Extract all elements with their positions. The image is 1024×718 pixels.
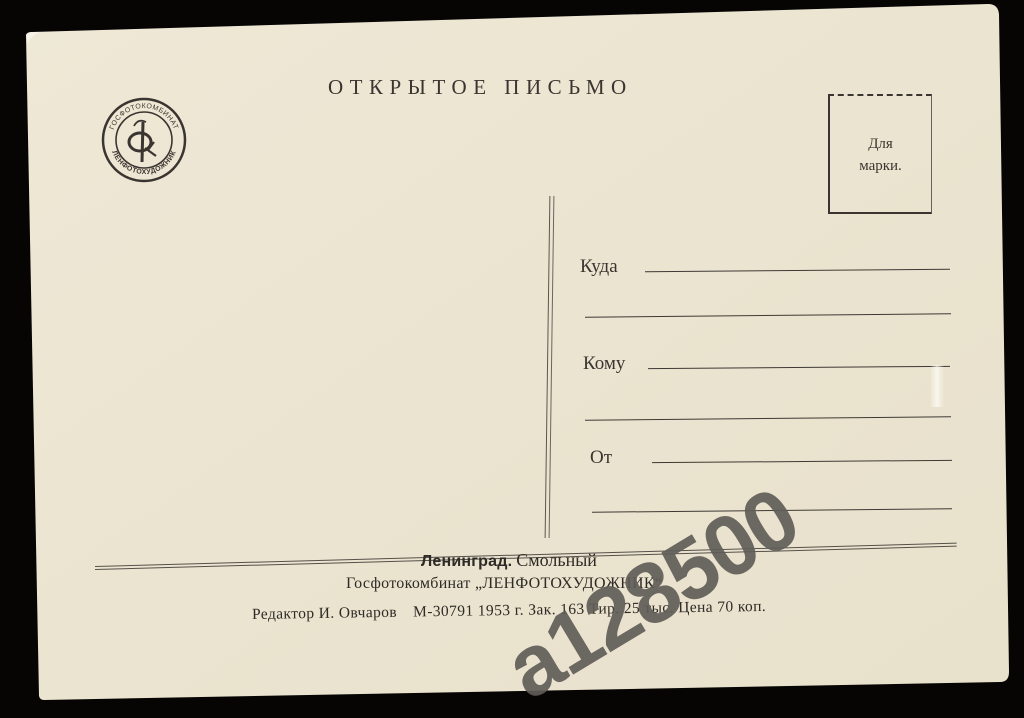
footer-city: Ленинград.: [421, 553, 512, 570]
postcard: ГОСФОТОКОМБИНАТ ЛЕНФОТОХУДОЖНИК ОТКРЫТОЕ…: [0, 0, 1024, 718]
stamp-box-line-1: Для: [868, 133, 893, 155]
stamp-placeholder-box: Для марки.: [828, 94, 932, 214]
address-to-where-label: Куда: [580, 256, 618, 278]
footer-editor: Редактор И. Овчаров: [252, 604, 397, 623]
address-to-whom-label: Кому: [583, 353, 625, 375]
address-from-label: От: [590, 447, 612, 469]
postcard-title: ОТКРЫТОЕ ПИСЬМО: [328, 75, 633, 100]
footer-city-line: Ленинград. Смольный: [421, 550, 597, 571]
photo-stage: ГОСФОТОКОМБИНАТ ЛЕНФОТОХУДОЖНИК ОТКРЫТОЕ…: [0, 0, 1024, 718]
publisher-stamp-icon: ГОСФОТОКОМБИНАТ ЛЕНФОТОХУДОЖНИК: [100, 96, 188, 184]
footer-location: Смольный: [516, 550, 597, 570]
stamp-box-line-2: марки.: [859, 155, 902, 177]
paper-crease: [930, 365, 944, 407]
